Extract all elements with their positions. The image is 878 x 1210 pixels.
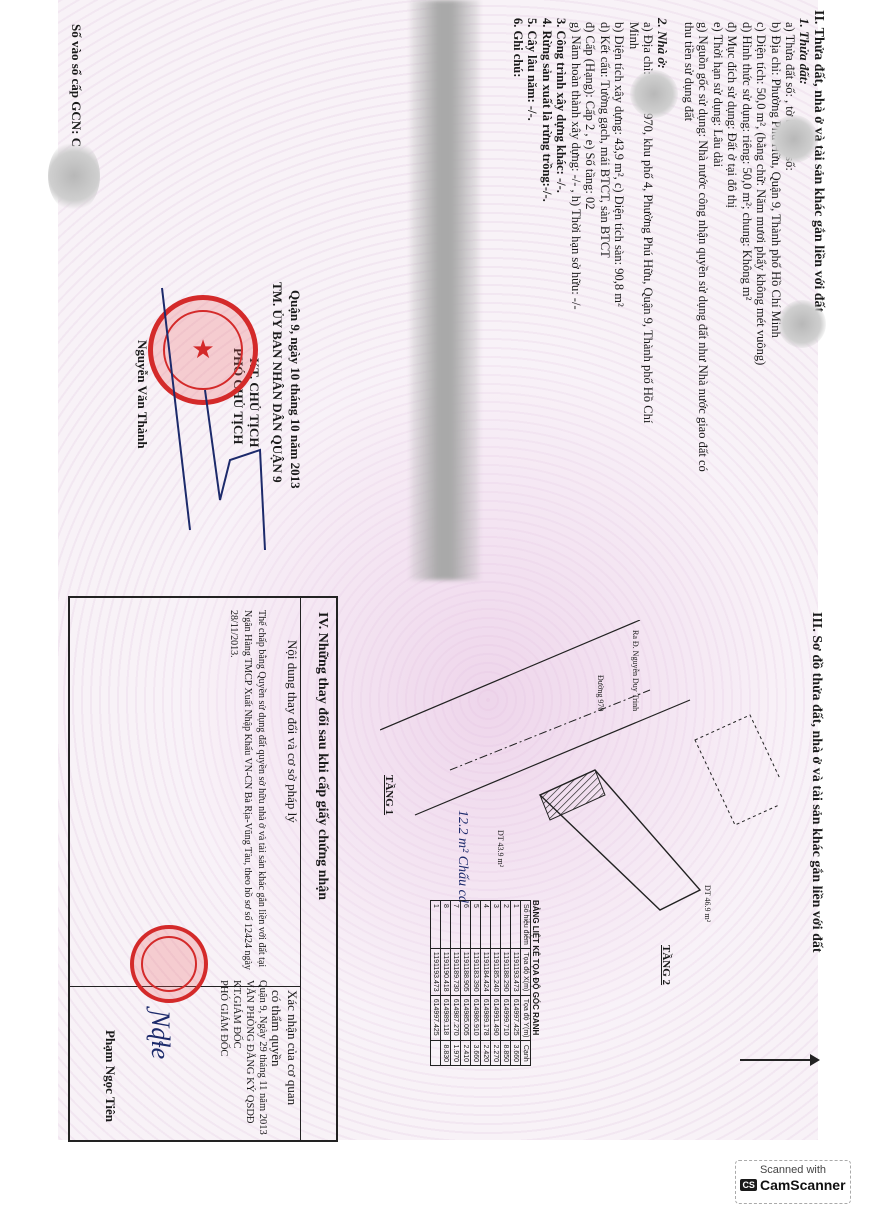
land-detail-line: g) Nguồn gốc sử dụng: Nhà nước công nhận… (695, 22, 710, 472)
coord-cell: 614997.425 (511, 995, 521, 1041)
coord-cell: 8 (441, 901, 451, 949)
changes-col1-header: Nội dung thay đổi và cơ sở pháp lý (284, 640, 300, 823)
handwritten-note: 12.2 m² Chấu cd (454, 810, 470, 903)
coord-cell: 3.660 (471, 1041, 481, 1066)
house-detail-line: g) Năm hoàn thành xây dựng: -/- , h) Thờ… (568, 22, 583, 310)
table-row: 31191185.240614991.4902.270 (491, 901, 501, 1066)
coordinates-table-title: BẢNG LIỆT KÊ TỌA ĐỘ GÓC RANH (531, 900, 540, 1066)
coord-cell: 614987.270 (451, 995, 461, 1041)
house-detail-line: Minh (626, 22, 641, 49)
table-row: 61191188.905614985.0052.410 (461, 901, 471, 1066)
other-asset-line: 6. Ghi chú: (510, 18, 525, 77)
coord-cell: 5 (471, 901, 481, 949)
confirm-line: Quận 9, Ngày 29 tháng 11 năm 2013 (257, 980, 268, 1135)
house-heading: 2. Nhà ở: (654, 18, 670, 69)
confirm-signature: Ɲɖɬe (145, 1010, 175, 1059)
coord-header: Cạnh (521, 1041, 531, 1066)
table-row: 21191188.290614999.7108.850 (501, 901, 511, 1066)
registry-office-stamp (130, 925, 208, 1003)
coord-header: Tọa độ Y(m) (521, 995, 531, 1041)
coord-cell: 1191189.730 (451, 948, 461, 995)
coord-cell: 3 (491, 901, 501, 949)
land-detail-line: c) Diện tích: 50,0 m², (bằng chữ: Năm mư… (753, 22, 768, 365)
other-asset-line: 4. Rừng sản xuất là rừng trồng:-/-. (539, 18, 554, 202)
coord-cell: 7 (451, 901, 461, 949)
watermark-line1: Scanned with (736, 1164, 850, 1176)
coord-cell: 1 (511, 901, 521, 949)
area1-label: DT 43.9 m² (496, 830, 505, 867)
coord-cell: 1.970 (451, 1041, 461, 1066)
registry-number-label: Số vào sổ cấp GCN: C (68, 24, 84, 147)
coord-cell: 1191193.473 (431, 948, 441, 995)
coord-cell: 1191188.290 (501, 948, 511, 995)
table-row: 81191190.418614989.1188.830 (441, 901, 451, 1066)
coord-cell: 614989.178 (481, 995, 491, 1041)
coord-cell: 1191184.424 (481, 948, 491, 995)
table-row: 51191183.390614986.9103.660 (471, 901, 481, 1066)
changes-col2-header: Xác nhận của cơ quan có thẩm quyền (268, 990, 300, 1120)
change-entry-text: Thế chấp bằng Quyền sử dụng đất quyền sở… (226, 610, 268, 980)
house-detail-line: d) Kết cấu: Tường gạch, mái BTCT, sàn BT… (597, 22, 612, 258)
floor2-label: TẦNG 2 (660, 945, 672, 985)
section4-title: IV. Những thay đổi sau khi cấp giấy chứn… (314, 612, 330, 900)
confirm-line: KT.GIÁM ĐỐC (231, 980, 242, 1049)
coord-cell: 2.410 (461, 1041, 471, 1066)
watermark-line2: CamScanner (760, 1177, 846, 1193)
table-row: 11191193.473614997.425 (431, 901, 441, 1066)
confirm-signer-name: Phạm Ngọc Tiên (102, 1030, 118, 1122)
section2-title: II. Thửa đất, nhà ở và tài sản khác gắn … (810, 10, 826, 312)
coord-cell: 1191188.905 (461, 948, 471, 995)
redaction-blur (48, 140, 100, 212)
coord-cell: 1191185.240 (491, 948, 501, 995)
road-nguyen-duy-trinh-label: Ra Đ. Nguyễn Duy Trinh (631, 630, 640, 711)
signer-name: Nguyễn Văn Thành (134, 340, 150, 449)
confirm-line: VĂN PHÒNG ĐĂNG KÝ QSDĐ (244, 980, 255, 1124)
redaction-bar (410, 0, 480, 580)
coord-cell: 1 (431, 901, 441, 949)
land-heading: 1. Thửa đất: (796, 18, 812, 85)
signature-scribble (150, 280, 350, 580)
road-970-label: Đường 970 (596, 675, 605, 711)
coord-cell: 1191190.418 (441, 948, 451, 995)
coord-cell: 614999.710 (501, 995, 511, 1041)
coord-cell: 8.830 (441, 1041, 451, 1066)
redaction-blur (778, 300, 826, 348)
coord-cell: 614985.005 (461, 995, 471, 1041)
coord-cell: 614986.910 (471, 995, 481, 1041)
coord-cell: 2.270 (491, 1041, 501, 1066)
redaction-blur (630, 70, 678, 118)
coord-cell: 2.420 (481, 1041, 491, 1066)
coord-cell: 614989.118 (441, 995, 451, 1041)
coordinates-table: Số hiệu điểmTọa độ X(m)Tọa độ Y(m)Cạnh11… (430, 900, 531, 1066)
other-asset-line: 3. Công trình xây dựng khác: -/-. (553, 18, 568, 193)
land-detail-line: đ) Mục đích sử dụng: Đất ở tại đô thị (724, 22, 739, 208)
coord-cell: 6 (461, 901, 471, 949)
land-detail-line: thu tiền sử dụng đất (681, 22, 696, 121)
camscanner-logo-icon: CS (740, 1179, 757, 1191)
area2-label: DT 46.9 m² (703, 885, 712, 922)
land-plot-diagram (380, 620, 780, 940)
house-detail-line: b) Diện tích xây dựng: 43,9 m², c) Diện … (611, 22, 626, 307)
camscanner-watermark: Scanned with CSCamScanner (735, 1160, 851, 1204)
coord-cell: 2 (501, 901, 511, 949)
north-arrow-icon (740, 1040, 820, 1080)
coord-header: Số hiệu điểm (521, 901, 531, 949)
land-detail-line: b) Địa chỉ: Phường Phú Hữu, Quận 9, Thàn… (768, 22, 783, 338)
floor1-label: TẦNG 1 (383, 775, 395, 815)
coord-cell: 1191183.390 (471, 948, 481, 995)
table-row: 11191193.473614997.4253.660 (511, 901, 521, 1066)
coordinates-table-wrap: BẢNG LIỆT KÊ TỌA ĐỘ GÓC RANH Số hiệu điể… (430, 900, 540, 1066)
land-detail-line: e) Thời hạn sử dụng: Lâu dài (710, 22, 725, 167)
table-row: 41191184.424614989.1782.420 (481, 901, 491, 1066)
confirm-line: PHÓ GIÁM ĐỐC (218, 980, 229, 1056)
house-detail-line: đ) Cấp (Hạng): Cấp 2 , e) Số tầng: 02 (582, 22, 597, 209)
other-asset-line: 5. Cây lâu năm: -/-. (524, 18, 539, 121)
coord-header: Tọa độ X(m) (521, 948, 531, 995)
redaction-blur (770, 115, 818, 163)
table-row: 71191189.730614987.2701.970 (451, 901, 461, 1066)
coord-cell (431, 1041, 441, 1066)
section3-title: III. Sơ đồ thửa đất, nhà ở và tài sản kh… (808, 612, 824, 953)
coord-cell: 614997.425 (431, 995, 441, 1041)
land-detail-line: d) Hình thức sử dụng: riêng: 50,0 m²; ch… (739, 22, 754, 300)
coord-cell: 1191193.473 (511, 948, 521, 995)
coord-cell: 614991.490 (491, 995, 501, 1041)
coord-cell: 3.660 (511, 1041, 521, 1066)
coord-cell: 4 (481, 901, 491, 949)
coord-cell: 8.850 (501, 1041, 511, 1066)
